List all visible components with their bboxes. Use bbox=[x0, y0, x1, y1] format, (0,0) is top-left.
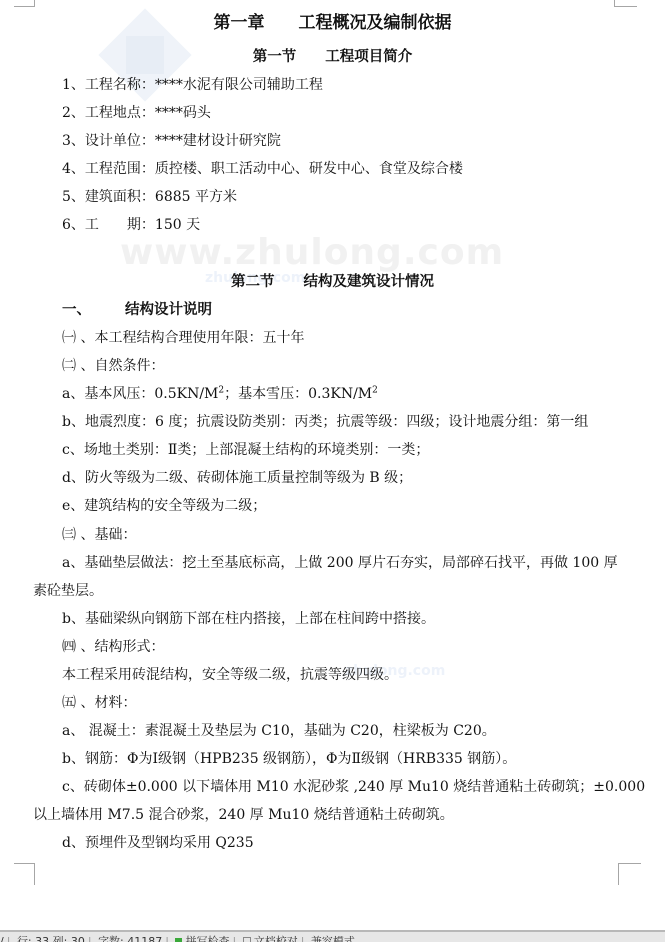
list-item: 6、工 期：150 天 bbox=[62, 216, 200, 234]
paragraph: ㈠ 、本工程结构合理使用年限：五十年 bbox=[62, 329, 304, 347]
paragraph: b、钢筋：Φ为Ⅰ级钢（HPB235 级钢筋），Φ为Ⅱ级钢（HRB335 钢筋）。 bbox=[62, 750, 516, 768]
item-number: 3、 bbox=[62, 133, 85, 149]
paragraph: a、 混凝土：素混凝土及垫层为 C10，基础为 C20，柱梁板为 C20。 bbox=[62, 722, 496, 740]
mode-indicator[interactable]: 兼容模式 bbox=[311, 935, 355, 942]
spell-check-on-icon bbox=[175, 938, 182, 942]
corner-mark-bottom-right bbox=[618, 863, 641, 885]
subheading: 一、结构设计说明 bbox=[62, 300, 212, 320]
paragraph-continuation: 素砼垫层。 bbox=[33, 582, 103, 600]
list-item: 2、工程地点：****码头 bbox=[62, 104, 211, 122]
superscript: 2 bbox=[372, 385, 378, 395]
list-item: 5、建筑面积：6885 平方米 bbox=[62, 188, 237, 206]
paragraph: ㈡ 、自然条件： bbox=[62, 357, 164, 375]
item-value: 150 天 bbox=[155, 217, 200, 233]
item-label: 工程地点： bbox=[85, 105, 155, 121]
list-item: 1、工程名称：****水泥有限公司辅助工程 bbox=[62, 76, 323, 94]
item-number: 5、 bbox=[62, 189, 85, 205]
paragraph: ㈣ 、结构形式： bbox=[62, 638, 164, 656]
word-count[interactable]: 字数: 41187 bbox=[98, 935, 162, 942]
corner-mark-top-right bbox=[614, 0, 637, 7]
item-value: 6885 平方米 bbox=[155, 189, 237, 205]
item-label: 工程名称： bbox=[85, 77, 155, 93]
subheading-text: 结构设计说明 bbox=[125, 301, 212, 318]
chapter-title: 第一章 工程概况及编制依据 bbox=[0, 12, 665, 34]
item-number: 2、 bbox=[62, 105, 85, 121]
status-bar: /| 行: 33 列: 30| 字数: 41187| 拼写检查| 文档校对| 兼… bbox=[0, 930, 665, 942]
paragraph: c、砖砌体±0.000 以下墙体用 M10 水泥砂浆 ,240 厚 Mu10 烧… bbox=[62, 778, 645, 796]
item-label: 工程范围： bbox=[85, 161, 155, 177]
paragraph: ㈤ 、材料： bbox=[62, 694, 136, 712]
item-label: 建筑面积： bbox=[85, 189, 155, 205]
corner-mark-top-left bbox=[14, 0, 35, 7]
doc-proof-toggle[interactable]: 文档校对 bbox=[243, 935, 298, 942]
item-number: 4、 bbox=[62, 161, 85, 177]
wind-pressure: a、基本风压：0.5KN/M bbox=[62, 386, 218, 402]
paragraph: ㈢ 、基础： bbox=[62, 526, 136, 544]
paragraph-continuation: 以上墙体用 M7.5 混合砂浆，240 厚 Mu10 烧结普通粘土砖砌筑。 bbox=[33, 806, 454, 824]
snow-pressure: ；基本雪压：0.3KN/M bbox=[224, 386, 372, 402]
corner-mark-bottom-left bbox=[14, 863, 35, 885]
paragraph: d、防火等级为二级、砖砌体施工质量控制等级为 B 级； bbox=[62, 469, 412, 487]
item-value: ****建材设计研究院 bbox=[155, 133, 281, 149]
paragraph: a、基本风压：0.5KN/M2；基本雪压：0.3KN/M2 bbox=[62, 385, 378, 403]
item-number: 1、 bbox=[62, 77, 85, 93]
subheading-number: 一、 bbox=[62, 301, 91, 318]
paragraph: a、基础垫层做法：挖土至基底标高，上做 200 厚片石夯实，局部碎石找平，再做 … bbox=[62, 554, 618, 572]
item-value: 质控楼、职工活动中心、研发中心、食堂及综合楼 bbox=[155, 161, 463, 177]
paragraph: b、地震烈度：6 度；抗震设防类别：丙类；抗震等级：四级；设计地震分组：第一组 bbox=[62, 413, 588, 431]
document-page[interactable]: www.zhulong.com zhulong.com zhulong.com … bbox=[0, 0, 665, 930]
row-col-indicator[interactable]: 行: 33 列: 30 bbox=[17, 935, 85, 942]
paragraph: b、基础梁纵向钢筋下部在柱内搭接，上部在柱间跨中搭接。 bbox=[62, 610, 435, 628]
list-item: 3、设计单位：****建材设计研究院 bbox=[62, 132, 281, 150]
paragraph: c、场地土类别：Ⅱ类；上部混凝土结构的环境类别：一类； bbox=[62, 441, 429, 459]
paragraph: e、建筑结构的安全等级为二级； bbox=[62, 497, 266, 515]
watermark-text: www.zhulong.com bbox=[120, 232, 504, 273]
doc-proof-off-icon bbox=[243, 937, 251, 942]
item-value: ****水泥有限公司辅助工程 bbox=[155, 77, 323, 93]
item-value: ****码头 bbox=[155, 105, 211, 121]
doc-proof-label: 文档校对 bbox=[254, 935, 298, 942]
paragraph: 本工程采用砖混结构，安全等级二级，抗震等级四级。 bbox=[62, 666, 398, 684]
page-indicator[interactable]: / bbox=[0, 935, 4, 942]
item-label: 设计单位： bbox=[85, 133, 155, 149]
list-item: 4、工程范围：质控楼、职工活动中心、研发中心、食堂及综合楼 bbox=[62, 160, 463, 178]
section-2-title: 第二节 结构及建筑设计情况 bbox=[0, 272, 665, 292]
section-1-title: 第一节 工程项目简介 bbox=[0, 47, 665, 67]
spell-check-label: 拼写检查 bbox=[185, 935, 229, 942]
item-label: 工 期： bbox=[85, 217, 155, 233]
item-number: 6、 bbox=[62, 217, 85, 233]
spell-check-toggle[interactable]: 拼写检查 bbox=[175, 935, 229, 942]
paragraph: d、预埋件及型钢均采用 Q235 bbox=[62, 834, 254, 852]
